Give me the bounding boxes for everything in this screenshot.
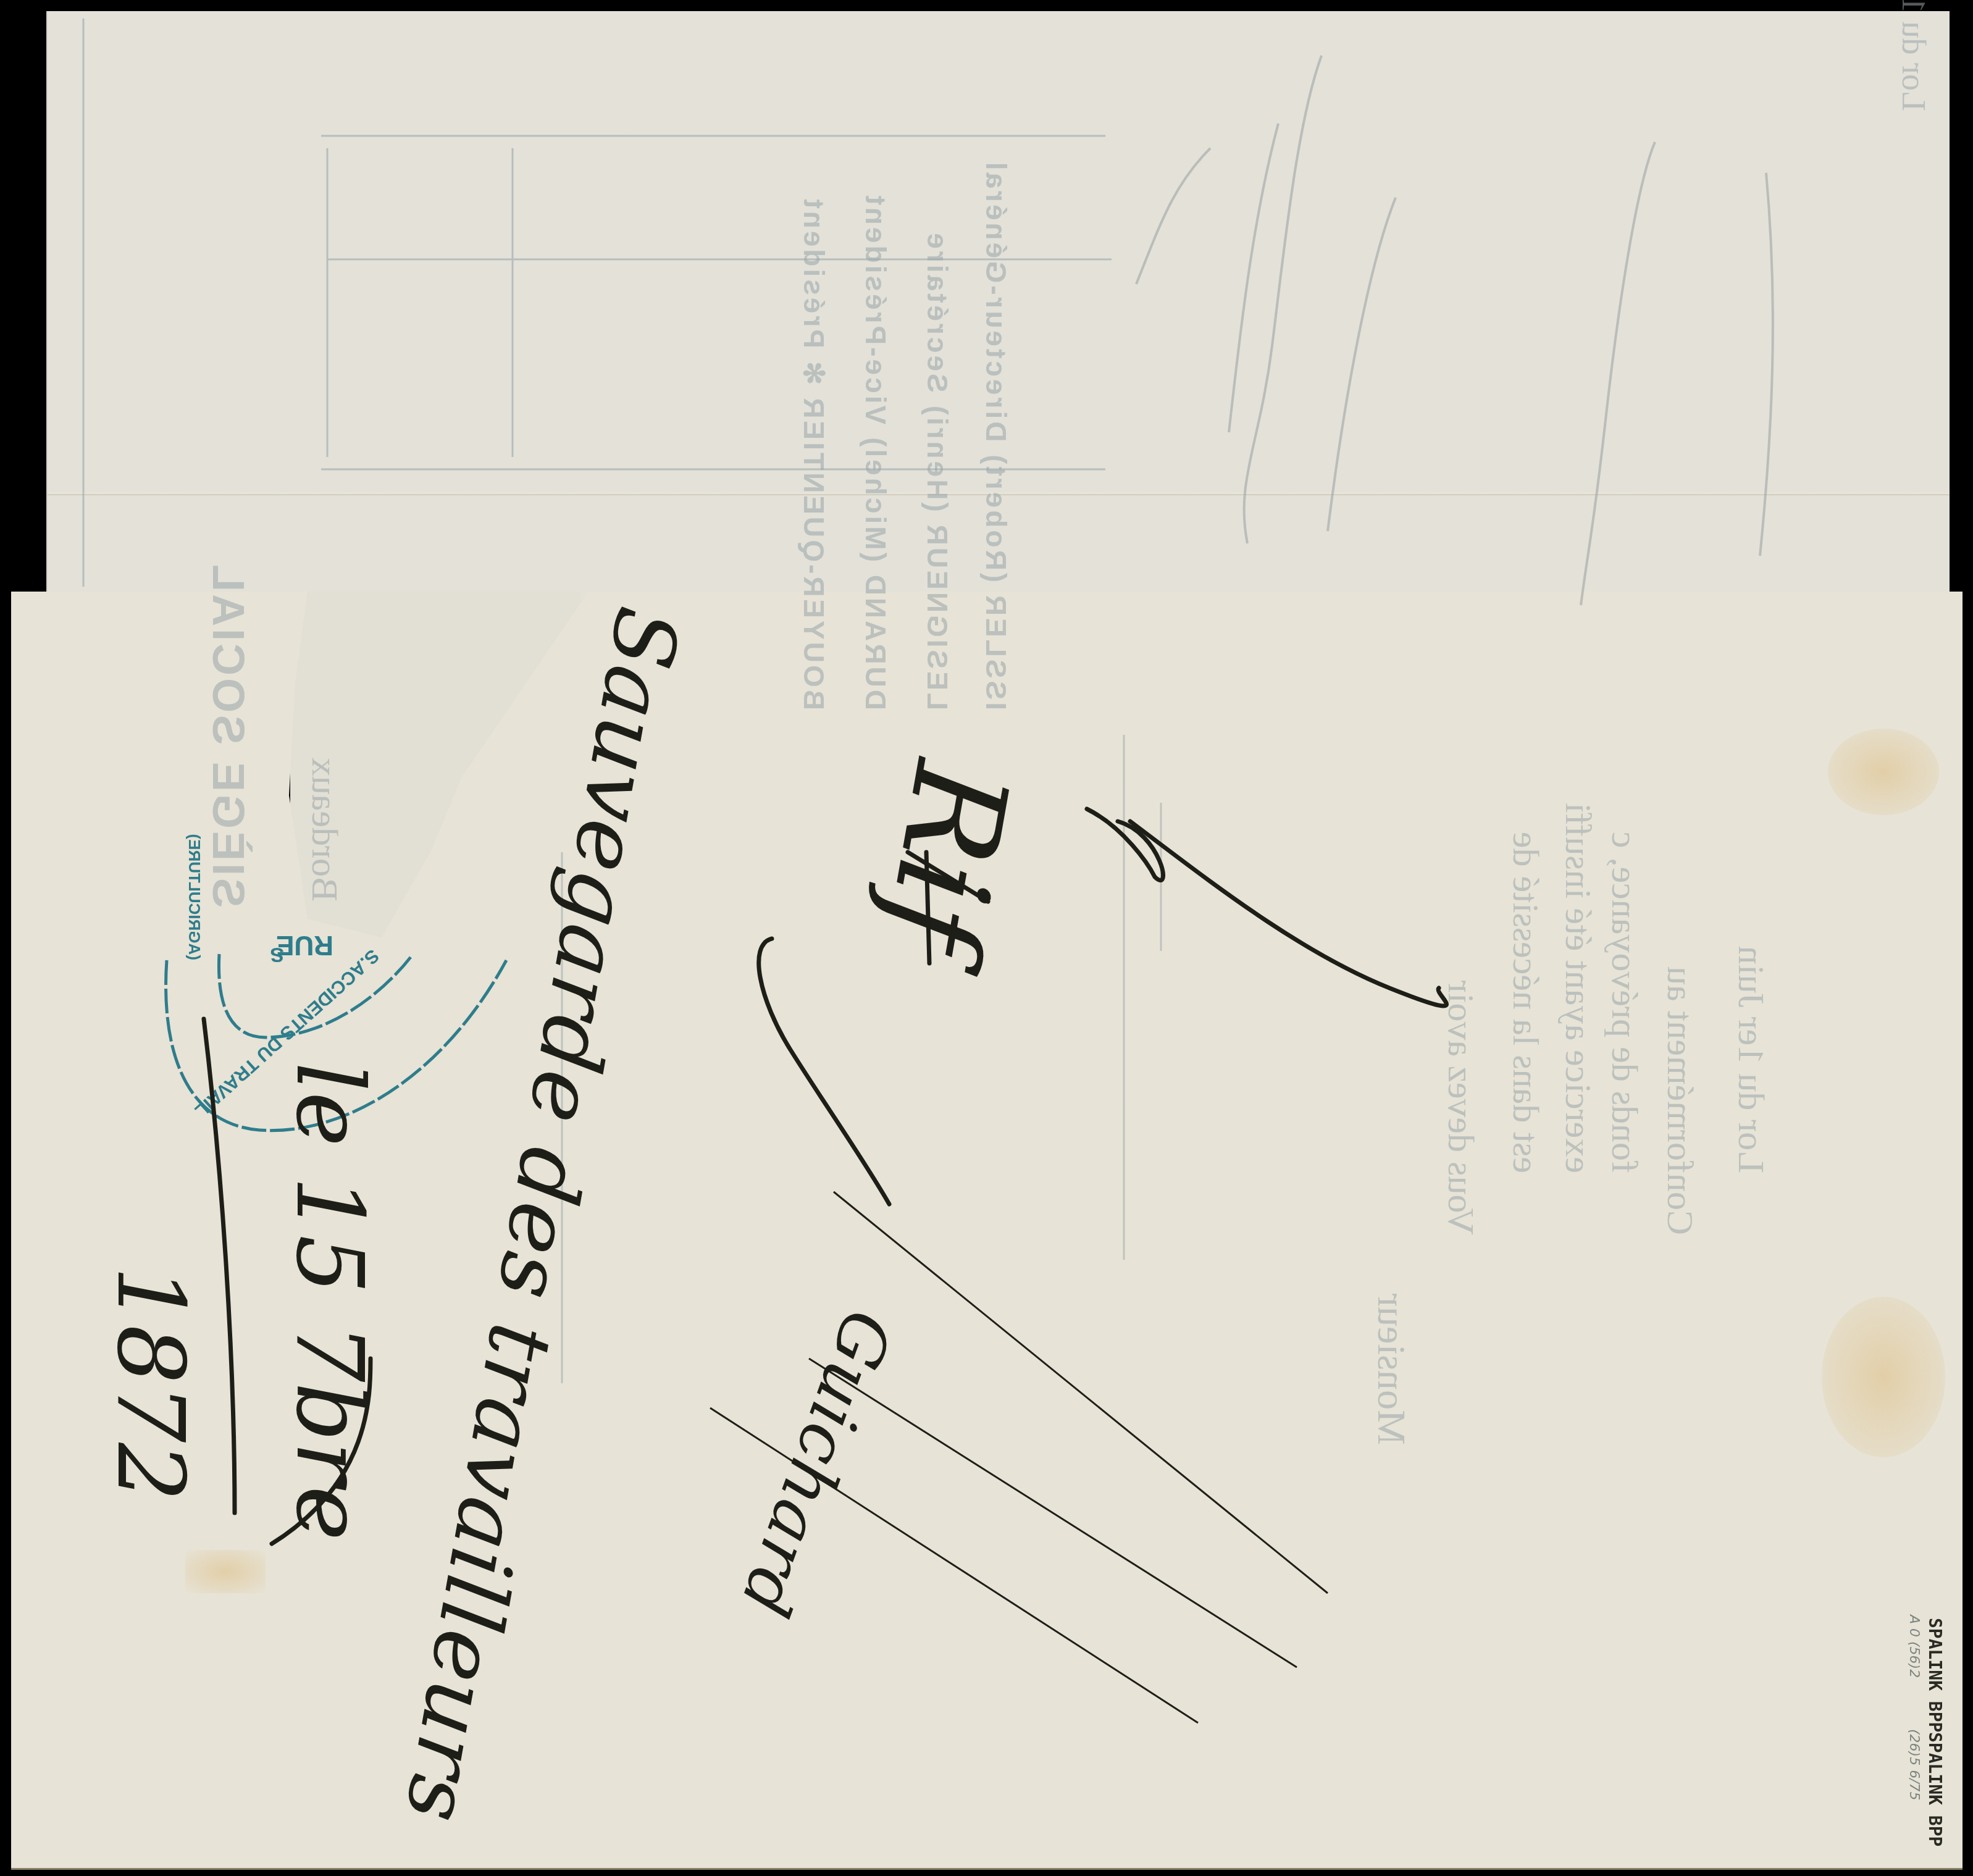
expertise-mark-1: SPALINK BPP — [1925, 1618, 1945, 1732]
ink-flourishes — [0, 0, 1973, 1876]
pencil-note-2: (26)5 6/75 — [1906, 1729, 1922, 1801]
expertise-mark-2: SPALINK BPP — [1925, 1732, 1945, 1846]
pencil-note-1: A 0 (56)2 — [1906, 1615, 1922, 1678]
